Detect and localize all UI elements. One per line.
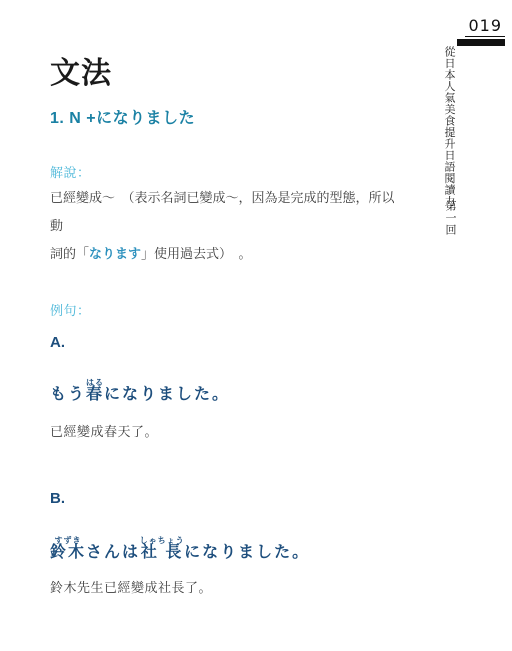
explanation-text: 已經變成～ （表示名詞已變成～，因為是完成的型態，所以動 詞的「なります」使用過… — [50, 184, 402, 268]
example-a-letter: A. — [50, 334, 65, 351]
page-number-block: 019 — [457, 16, 505, 46]
example-b-sentence: 鈴木すずきさんは社 長しゃちょうになりました。 — [50, 536, 310, 562]
example-b-translation: 鈴木先生已經變成社長了。 — [50, 577, 212, 596]
explanation-line2-pre: 詞的「 — [50, 246, 89, 261]
explanation-line2-post: 」使用過去式） 。 — [141, 246, 252, 261]
explanation-label: 解說： — [50, 162, 91, 181]
page-number: 019 — [465, 16, 505, 37]
book-title-vertical: 從日本人氣美食提升日語閱讀力 — [442, 46, 456, 207]
example-a-translation: 已經變成春天了。 — [50, 421, 158, 440]
chapter-label-vertical: 第一回 — [443, 200, 457, 236]
example-a-sentence: もう春はるになりました。 — [50, 378, 230, 404]
examples-label: 例句： — [50, 300, 91, 319]
page-title: 文法 — [50, 48, 112, 92]
example-b-letter: B. — [50, 490, 65, 507]
book-page: 019 從日本人氣美食提升日語閱讀力 第一回 文法 1. N +になりました 解… — [0, 0, 512, 651]
page-number-bar — [457, 39, 505, 46]
inline-highlight: なります — [89, 246, 141, 261]
grammar-point-heading: 1. N +になりました — [50, 105, 195, 128]
explanation-line1: 已經變成～ （表示名詞已變成～，因為是完成的型態，所以動 — [50, 190, 395, 233]
